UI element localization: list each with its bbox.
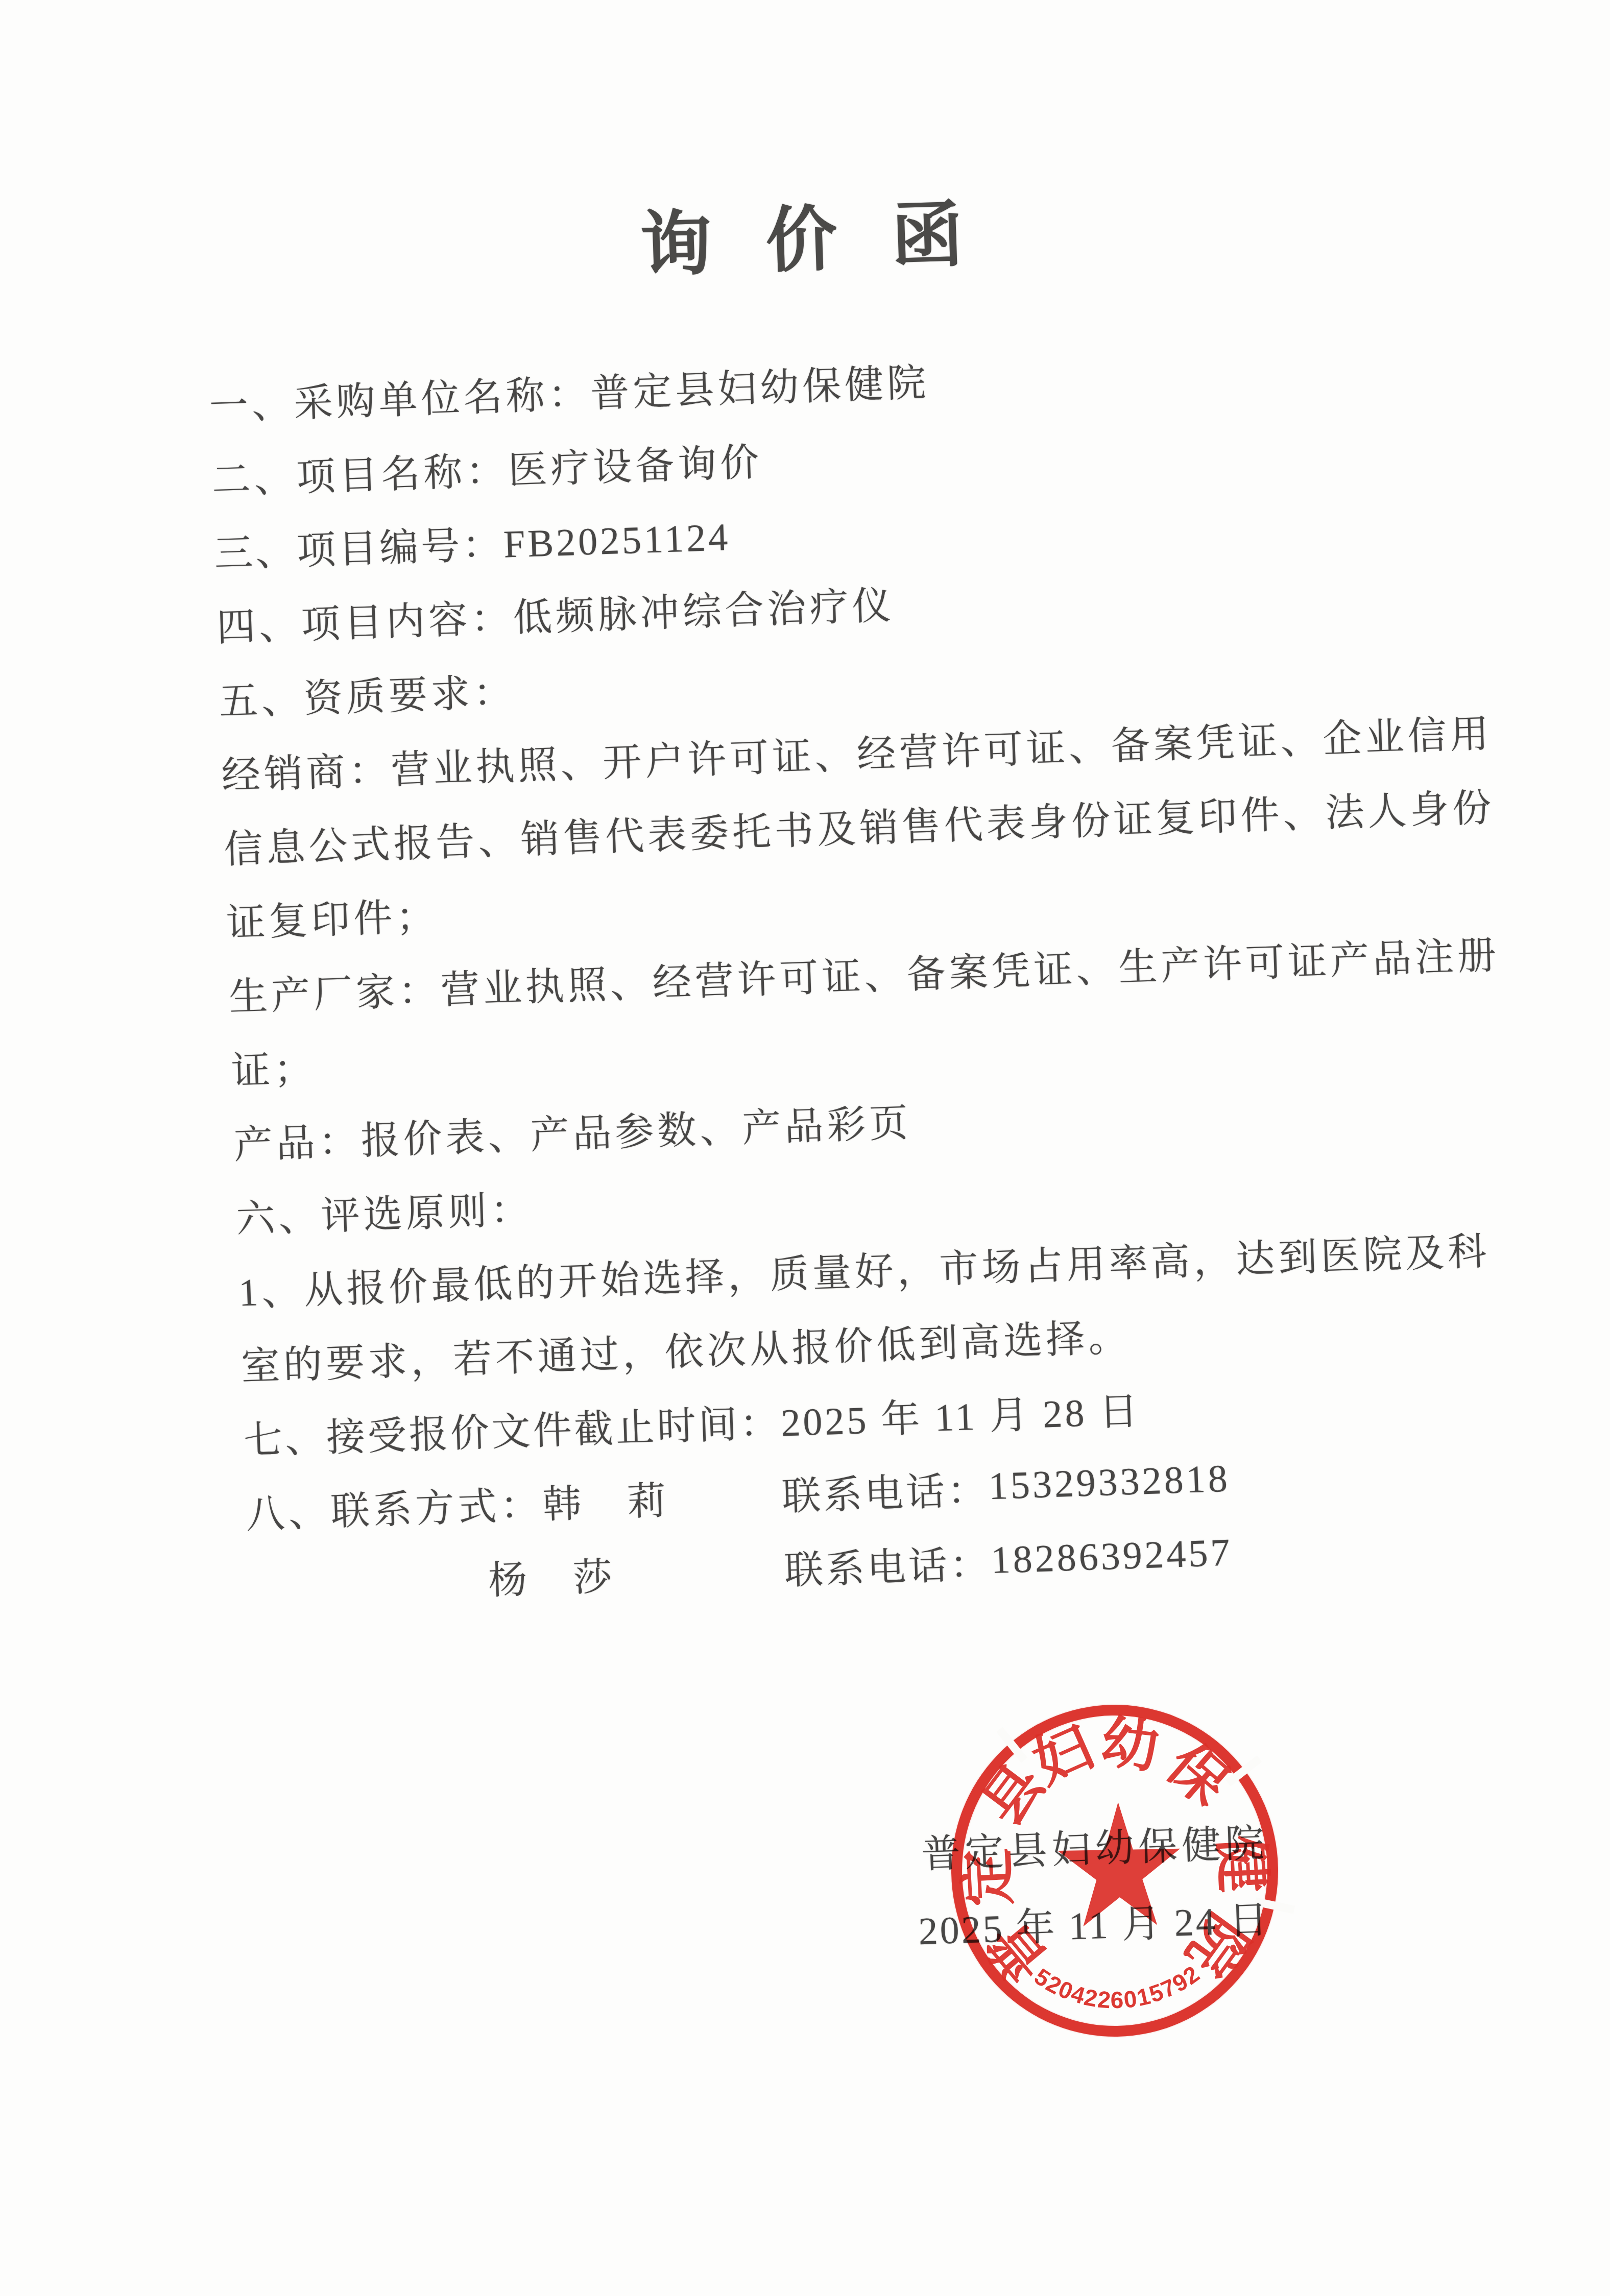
contact-phone-2: 联系电话：18286392457: [783, 1515, 1234, 1604]
document-title: 询 价 函: [638, 178, 963, 262]
scanned-document-page: 询 价 函 一、采购单位名称：普定县妇幼保健院 二、项目名称：医疗设备询价 三、…: [0, 0, 1610, 2296]
stamp-ring-char: 幼: [1096, 1711, 1164, 1780]
document-body: 询 价 函 一、采购单位名称：普定县妇幼保健院 二、项目名称：医疗设备询价 三、…: [197, 0, 1606, 2217]
stamp-ring-char: 定: [956, 1845, 1021, 1910]
contact-name-1: 八、联系方式：韩 莉: [245, 1469, 670, 1539]
official-stamp: 普定县妇幼保健院 5204226015792: [933, 1689, 1296, 2052]
stamp-ring-char: 健: [1209, 1832, 1273, 1896]
title-char-3: 函: [890, 178, 964, 254]
contact-phone-1-number: 15329332818: [988, 1456, 1231, 1509]
title-char-1: 询: [638, 186, 712, 262]
contact-phone-2-label: 联系电话：: [783, 1533, 992, 1595]
contact-phone-1-label: 联系电话：: [781, 1459, 989, 1521]
contact-name-2: 杨 莎: [487, 1545, 616, 1605]
contact-phone-2-number: 18286392457: [990, 1530, 1233, 1583]
contact-phone-1: 联系电话：15329332818: [781, 1441, 1231, 1530]
title-char-2: 价: [764, 182, 838, 258]
